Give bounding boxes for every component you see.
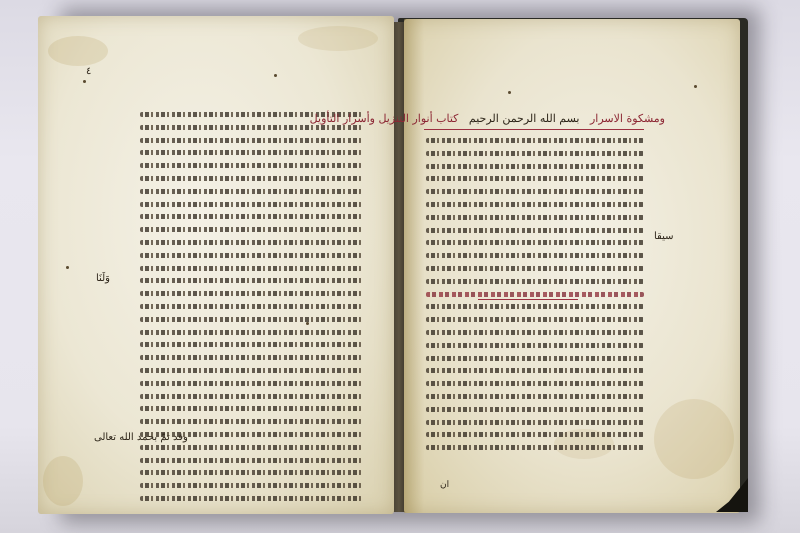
left-page-text-block: [140, 108, 362, 508]
rubric-underline: [478, 299, 578, 300]
heading-red-rule: [424, 129, 644, 130]
catchword: ان: [440, 480, 449, 490]
ink-spot: [66, 266, 69, 269]
stain: [404, 19, 424, 513]
stain: [298, 26, 378, 51]
stain: [654, 399, 734, 479]
stain: [48, 36, 108, 66]
left-colophon-note: وقد تمّ بحمد الله تعالى: [94, 432, 188, 443]
heading-basmala: بسم الله الرحمن الرحيم: [469, 112, 580, 125]
stain: [43, 456, 83, 506]
ink-spot: [508, 91, 511, 94]
left-margin-note: وَلَنَا: [96, 273, 110, 284]
heading-subtitle: ومشكوة الاسرار: [590, 112, 665, 125]
heading-title: كتاب أنوار التنزيل وأسرار التأويل: [310, 112, 459, 125]
left-page-number-note: ٤: [86, 66, 91, 77]
ink-spot: [83, 80, 86, 83]
right-margin-note: سيقا: [654, 231, 674, 242]
ink-spot: [274, 74, 277, 77]
manuscript-heading: ومشكوة الاسرار بسم الله الرحمن الرحيم كت…: [425, 112, 665, 125]
ink-spot: [694, 85, 697, 88]
